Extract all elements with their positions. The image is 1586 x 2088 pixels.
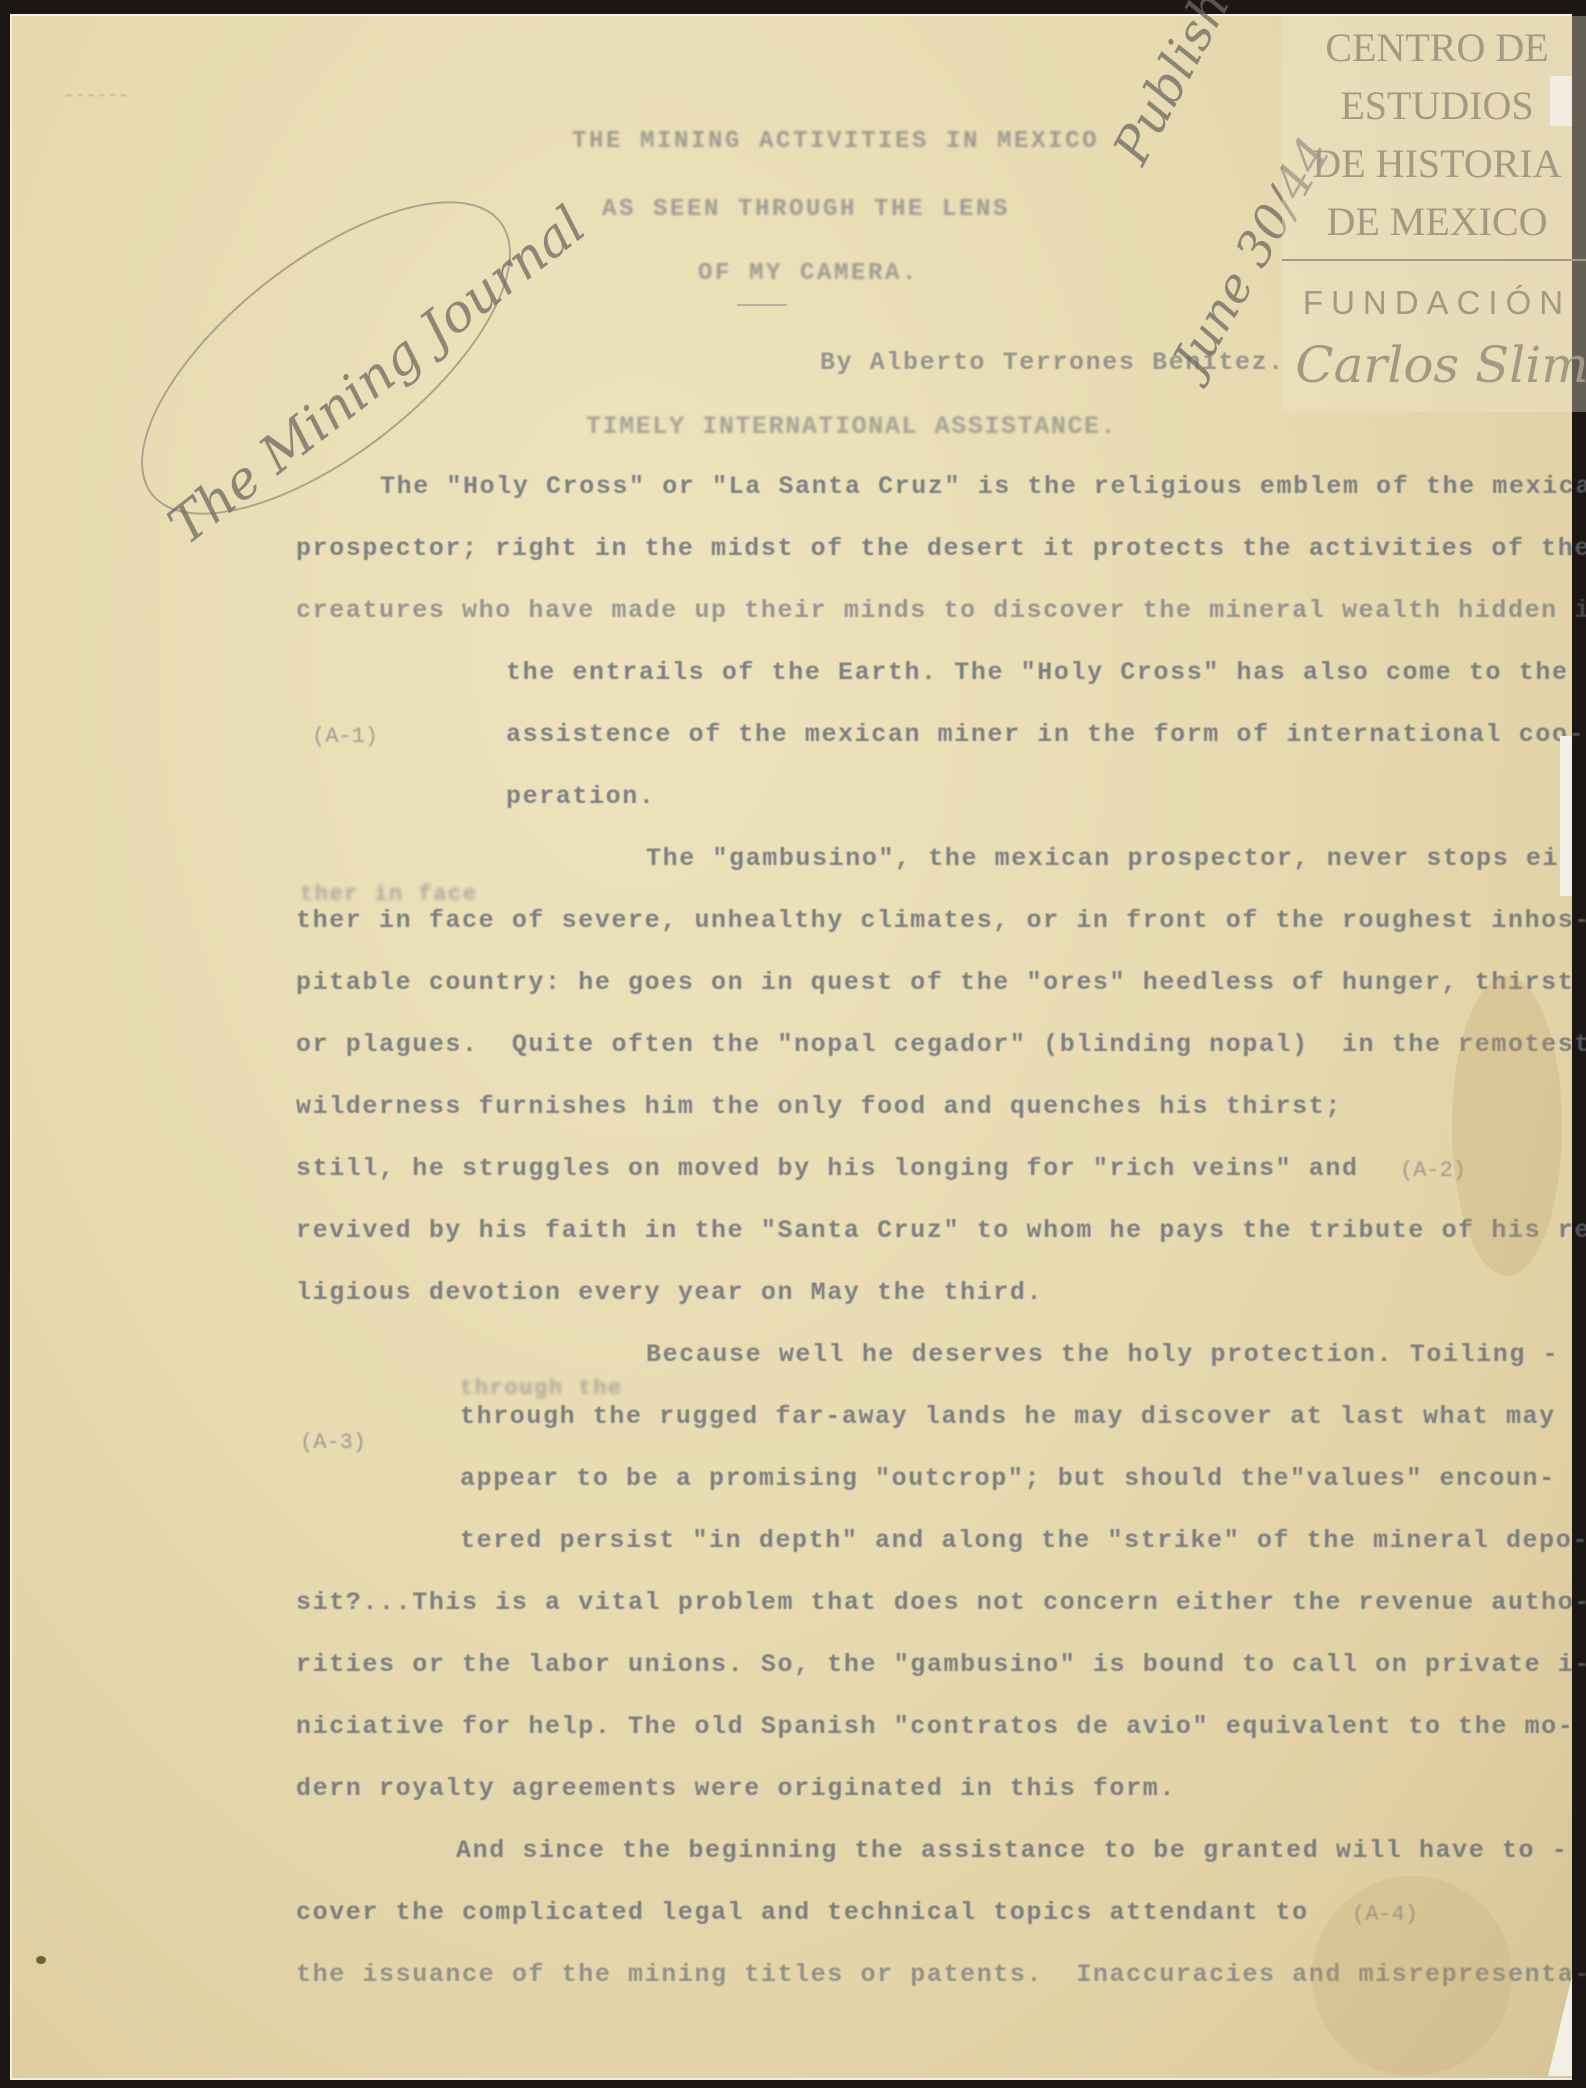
body-line: wilderness furnishes him the only food a… xyxy=(296,1092,1342,1121)
watermark-signature: Carlos Slim xyxy=(1292,336,1586,394)
torn-edge xyxy=(1548,1976,1572,2076)
body-line: The "Holy Cross" or "La Santa Cruz" is t… xyxy=(380,472,1586,501)
body-line: prospector; right in the midst of the de… xyxy=(296,534,1586,563)
body-line: niciative for help. The old Spanish "con… xyxy=(296,1712,1574,1741)
watermark-line-2: ESTUDIOS xyxy=(1282,86,1586,126)
margin-ref-a1: (A-1) xyxy=(312,724,378,749)
title-line-2: AS SEEN THROUGH THE LENS xyxy=(602,196,1010,223)
ink-dot xyxy=(36,1956,46,1964)
body-line: cover the complicated legal and technica… xyxy=(296,1898,1309,1927)
body-line: And since the beginning the assistance t… xyxy=(456,1836,1568,1865)
struck-fragment: ther in face xyxy=(300,882,478,907)
watermark-line-1: CENTRO DE xyxy=(1282,28,1586,68)
paper-stain xyxy=(1452,976,1562,1276)
watermark-divider xyxy=(1282,259,1586,261)
watermark-line-3: DE HISTORIA xyxy=(1282,144,1586,184)
body-line: through the rugged far-away lands he may… xyxy=(460,1402,1556,1431)
document-page: ------ THE MINING ACTIVITIES IN MEXICO A… xyxy=(10,14,1572,2080)
body-line: ligious devotion every year on May the t… xyxy=(296,1278,1043,1307)
handwritten-published: Published xyxy=(1102,0,1270,173)
body-line: sit?...This is a vital problem that does… xyxy=(296,1588,1586,1617)
top-left-mark: ------ xyxy=(64,86,129,106)
body-line: pitable country: he goes on in quest of … xyxy=(296,968,1574,997)
body-line: still, he struggles on moved by his long… xyxy=(296,1154,1359,1183)
struck-fragment: through the xyxy=(460,1376,623,1401)
archive-watermark: CENTRO DE ESTUDIOS DE HISTORIA DE MEXICO… xyxy=(1282,16,1586,412)
body-line: the entrails of the Earth. The "Holy Cro… xyxy=(506,658,1586,687)
section-heading: TIMELY INTERNATIONAL ASSISTANCE. xyxy=(586,412,1117,441)
body-line: creatures who have made up their minds t… xyxy=(296,596,1586,625)
body-line: Because well he deserves the holy protec… xyxy=(646,1340,1559,1369)
body-line: rities or the labor unions. So, the "gam… xyxy=(296,1650,1586,1679)
body-line: ther in face of severe, unhealthy climat… xyxy=(296,906,1586,935)
body-line: or plagues. Quite often the "nopal cegad… xyxy=(296,1030,1586,1059)
body-line: assistence of the mexican miner in the f… xyxy=(506,720,1585,749)
title-underline xyxy=(737,304,787,306)
body-line: The "gambusino", the mexican prospector,… xyxy=(646,844,1576,873)
paper-stain xyxy=(1312,1876,1512,2076)
body-line: peration. xyxy=(506,782,655,811)
body-line: dern royalty agreements were originated … xyxy=(296,1774,1176,1803)
title-line-3: OF MY CAMERA. xyxy=(698,260,919,287)
watermark-foundation: FUNDACIÓN xyxy=(1282,284,1586,322)
watermark-line-4: DE MEXICO xyxy=(1282,202,1586,242)
body-line: appear to be a promising "outcrop"; but … xyxy=(460,1464,1556,1493)
torn-edge xyxy=(1560,736,1572,896)
title-line-1: THE MINING ACTIVITIES IN MEXICO xyxy=(572,128,1099,155)
margin-ref-a3: (A-3) xyxy=(300,1430,366,1455)
body-line: tered persist "in depth" and along the "… xyxy=(460,1526,1586,1555)
body-line: revived by his faith in the "Santa Cruz"… xyxy=(296,1216,1586,1245)
